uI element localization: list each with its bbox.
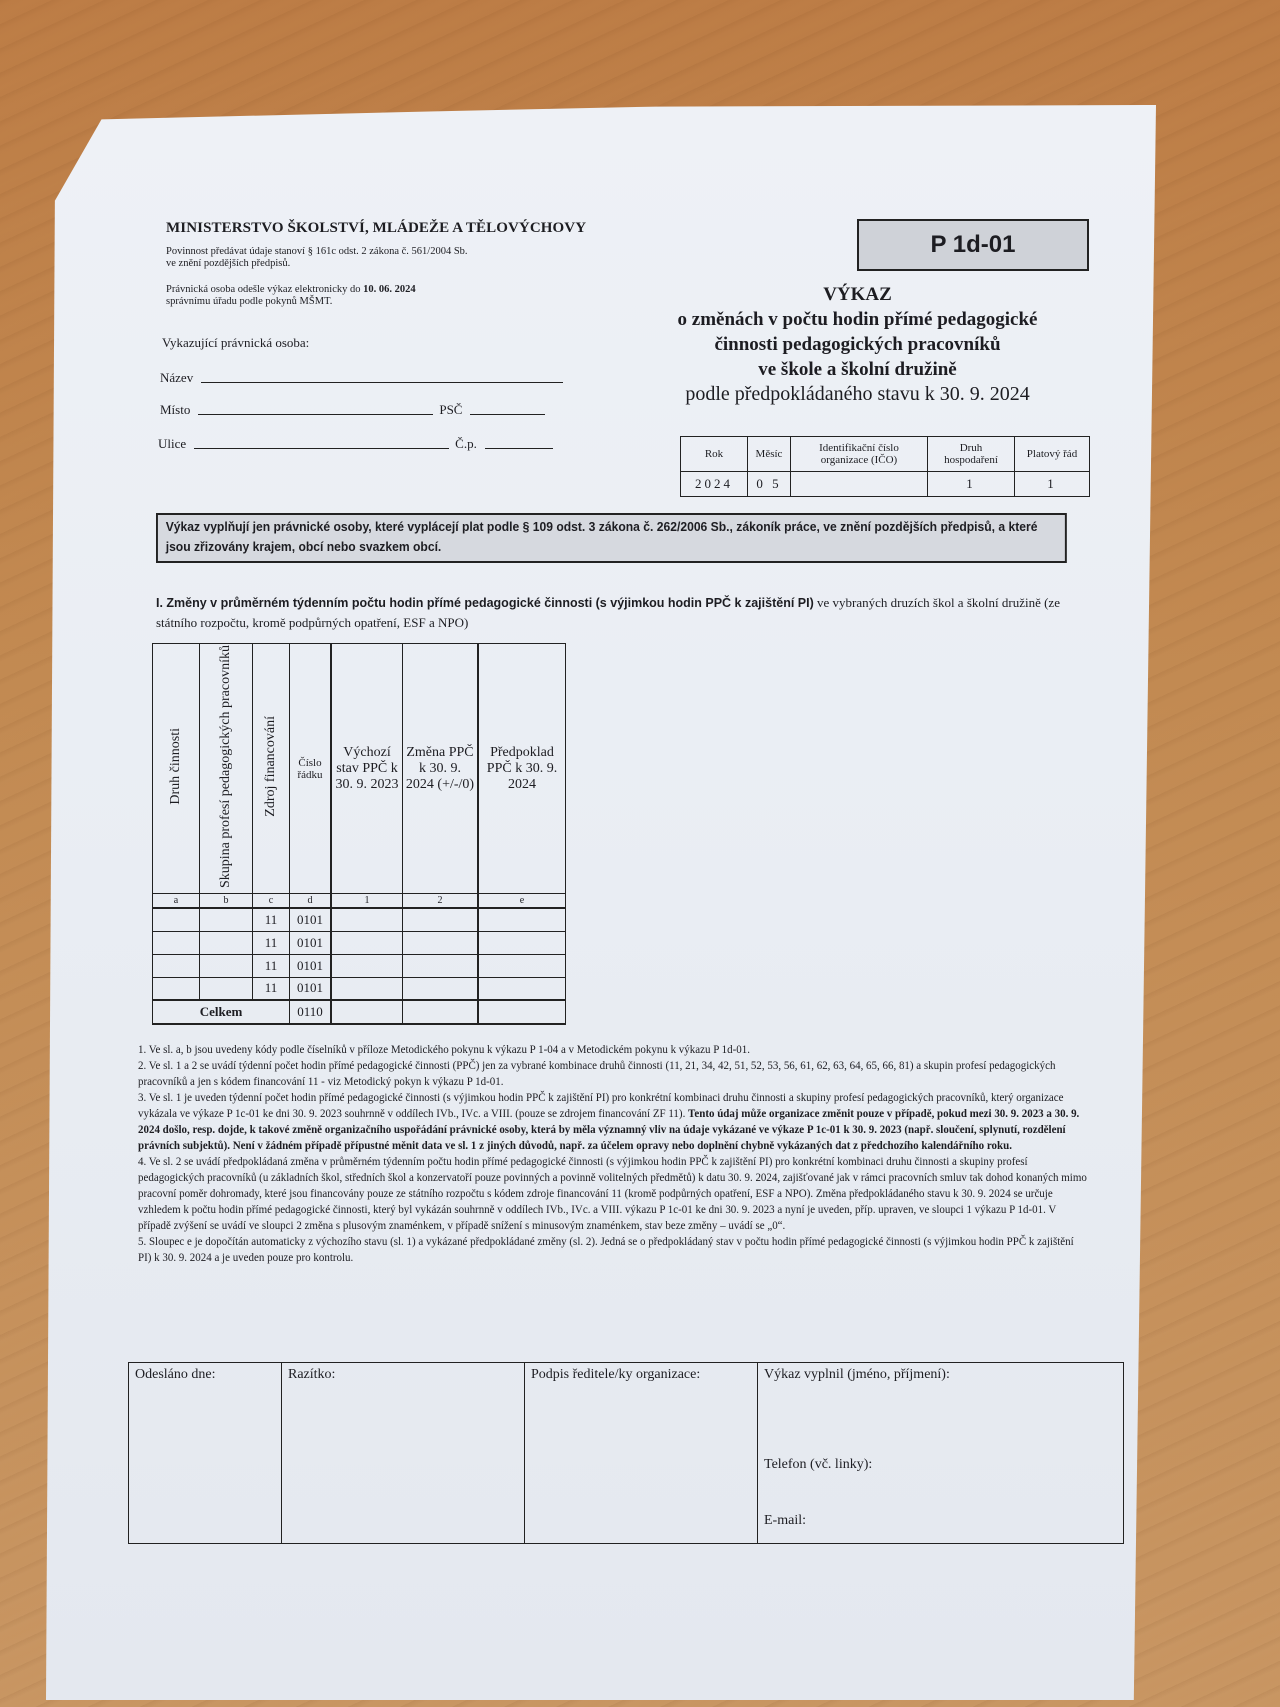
cell-b[interactable] <box>200 931 253 954</box>
year-field[interactable]: 2024 <box>681 472 748 497</box>
cell-e[interactable] <box>478 977 566 1000</box>
table-row: 110101 <box>153 954 566 977</box>
postcode-field[interactable] <box>470 413 545 415</box>
cell-2[interactable] <box>403 931 479 954</box>
email-field[interactable]: E-mail: <box>764 1513 806 1529</box>
ministry-name: MINISTERSTVO ŠKOLSTVÍ, MLÁDEŽE A TĚLOVÝC… <box>166 220 586 237</box>
house-number-field[interactable] <box>485 447 553 449</box>
cell-e[interactable] <box>478 931 566 954</box>
cell-2[interactable] <box>403 908 479 931</box>
ppc-changes-table: Druh činnosti Skupina profesí pedagogick… <box>152 643 566 1025</box>
table-row: 110101 <box>153 977 566 1000</box>
management-type-field[interactable]: 1 <box>928 472 1015 497</box>
legal-basis: Povinnost předávat údaje stanoví § 161c … <box>166 246 468 270</box>
cell-c: 11 <box>253 908 290 931</box>
place-field[interactable]: Místo PSČ <box>160 402 551 418</box>
signature-table: Odesláno dne: Razítko: Podpis ředitele/k… <box>128 1362 1124 1544</box>
table-row: 110101 <box>153 931 566 954</box>
total-row: Celkem 0110 <box>153 1000 566 1024</box>
column-codes-row: abcd12e <box>153 894 566 909</box>
month-field[interactable]: 0 5 <box>748 472 791 497</box>
cell-b[interactable] <box>200 954 253 977</box>
cell-e[interactable] <box>478 908 566 931</box>
director-signature-field[interactable]: Podpis ředitele/ky organizace: <box>525 1363 758 1544</box>
cell-a[interactable] <box>153 977 200 1000</box>
total-col1[interactable] <box>331 1000 403 1024</box>
cell-b[interactable] <box>200 908 253 931</box>
deadline-date: 10. 06. 2024 <box>363 284 416 295</box>
eligibility-notice: Výkaz vyplňují jen právnické osoby, kter… <box>156 513 1067 563</box>
form-code-box: P 1d-01 <box>857 219 1089 271</box>
cell-a[interactable] <box>153 931 200 954</box>
table-rows: 110101110101110101110101 <box>153 908 566 1000</box>
cell-1[interactable] <box>331 954 403 977</box>
total-col-e[interactable] <box>478 1000 566 1024</box>
house-number-label: Č.p. <box>455 436 477 452</box>
phone-field[interactable]: Telefon (vč. linky): <box>764 1457 872 1473</box>
postcode-label: PSČ <box>439 402 462 418</box>
sent-date-field[interactable]: Odesláno dne: <box>129 1363 282 1544</box>
cell-c: 11 <box>253 954 290 977</box>
cell-c: 11 <box>253 931 290 954</box>
submission-deadline: Právnická osoba odešle výkaz elektronick… <box>166 284 416 308</box>
instructions-notes: 1. Ve sl. a, b jsou uvedeny kódy podle č… <box>138 1042 1089 1266</box>
reporting-entity-label: Vykazující právnická osoba: <box>162 335 309 351</box>
cell-e[interactable] <box>478 954 566 977</box>
cell-1[interactable] <box>331 931 403 954</box>
cell-d: 0101 <box>290 908 332 931</box>
identification-table: Rok Měsíc Identifikační číslo organizace… <box>680 436 1090 497</box>
table-row: 110101 <box>153 908 566 931</box>
cell-d: 0101 <box>290 931 332 954</box>
street-field[interactable]: Ulice Č.p. <box>158 436 559 452</box>
cell-1[interactable] <box>331 908 403 931</box>
cell-c: 11 <box>253 977 290 1000</box>
filled-by-field[interactable]: Výkaz vyplnil (jméno, příjmení): Telefon… <box>758 1363 1124 1544</box>
cell-2[interactable] <box>403 954 479 977</box>
cell-2[interactable] <box>403 977 479 1000</box>
ico-field[interactable] <box>791 472 928 497</box>
cell-b[interactable] <box>200 977 253 1000</box>
cell-d: 0101 <box>290 977 332 1000</box>
stamp-field[interactable]: Razítko: <box>282 1363 525 1544</box>
salary-order-field[interactable]: 1 <box>1015 472 1090 497</box>
name-field[interactable]: Název <box>160 370 569 386</box>
form-title: VÝKAZ o změnách v počtu hodin přímé peda… <box>620 282 1095 407</box>
cell-1[interactable] <box>331 977 403 1000</box>
cell-a[interactable] <box>153 908 200 931</box>
cell-a[interactable] <box>153 954 200 977</box>
total-col2[interactable] <box>403 1000 479 1024</box>
cell-d: 0101 <box>290 954 332 977</box>
section-1-title: I. Změny v průměrném týdenním počtu hodi… <box>156 593 1101 633</box>
